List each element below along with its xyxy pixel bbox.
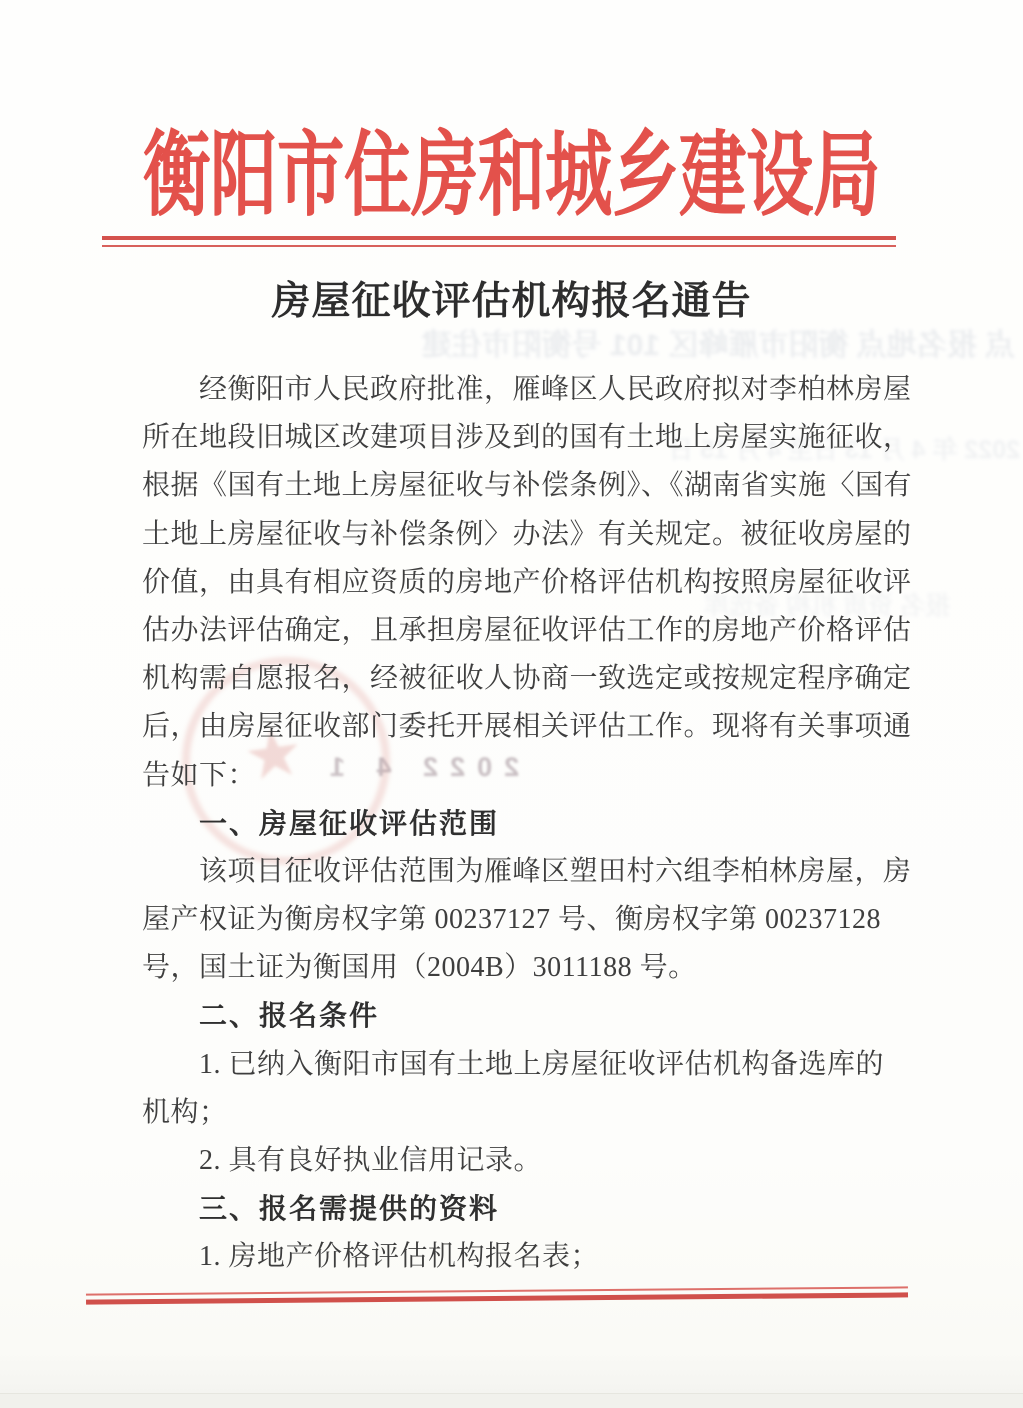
- bleed-through-text: 点 报名地点 衡阳市雁峰区 101 号衡阳市住建: [565, 320, 1015, 364]
- scan-edge-shadow: [0, 1393, 1023, 1408]
- body-line: 告如下：: [142, 752, 890, 800]
- section-heading-2: 二、报名条件: [142, 992, 890, 1040]
- body-line: 估办法评估确定，且承担房屋征收评估工作的房地产价格评估: [142, 607, 890, 655]
- body-line: 号，国土证为衡国用（2004B）3011188 号。: [142, 944, 890, 992]
- body-line: 根据《国有土地上房屋征收与补偿条例》、《湖南省实施〈国有: [142, 462, 890, 510]
- body-line: 屋产权证为衡房权字第 00237127 号、衡房权字第 00237128: [142, 896, 890, 944]
- body-line: 经衡阳市人民政府批准，雁峰区人民政府拟对李柏林房屋: [142, 366, 890, 414]
- scanned-notice-page: 点 报名地点 衡阳市雁峰区 101 号衡阳市住建 2022 年 4 月 13 日…: [0, 0, 1023, 1408]
- body-line: 2. 具有良好执业信用记录。: [142, 1137, 890, 1185]
- body-line: 机构需自愿报名，经被征收人协商一致选定或按规定程序确定: [142, 655, 890, 703]
- body-line: 价值，由具有相应资质的房地产价格评估机构按照房屋征收评: [142, 559, 890, 607]
- letterhead-rule-thin: [102, 245, 896, 247]
- body-line: 土地上房屋征收与补偿条例〉办法》有关规定。被征收房屋的: [142, 511, 890, 559]
- letterhead-org-name: 衡阳市住房和城乡建设局: [0, 102, 1023, 234]
- body-line: 1. 房地产价格评估机构报名表；: [142, 1233, 890, 1281]
- letterhead-rule-thick: [102, 236, 896, 240]
- body-line: 该项目征收评估范围为雁峰区塑田村六组李柏林房屋，房: [142, 848, 890, 896]
- body-line: 1. 已纳入衡阳市国有土地上房屋征收评估机构备选库的: [142, 1041, 890, 1089]
- section-heading-3: 三、报名需提供的资料: [142, 1185, 890, 1233]
- footer-rule-group: [86, 1286, 908, 1304]
- document-title: 房屋征收评估机构报名通告: [0, 270, 1023, 326]
- section-heading-1: 一、房屋征收评估范围: [142, 800, 890, 848]
- document-body: 经衡阳市人民政府批准，雁峰区人民政府拟对李柏林房屋 所在地段旧城区改建项目涉及到…: [142, 366, 890, 1282]
- body-line: 后，由房屋征收部门委托开展相关评估工作。现将有关事项通: [142, 703, 890, 751]
- body-line: 机构；: [142, 1089, 890, 1137]
- body-line: 所在地段旧城区改建项目涉及到的国有土地上房屋实施征收，: [142, 414, 890, 462]
